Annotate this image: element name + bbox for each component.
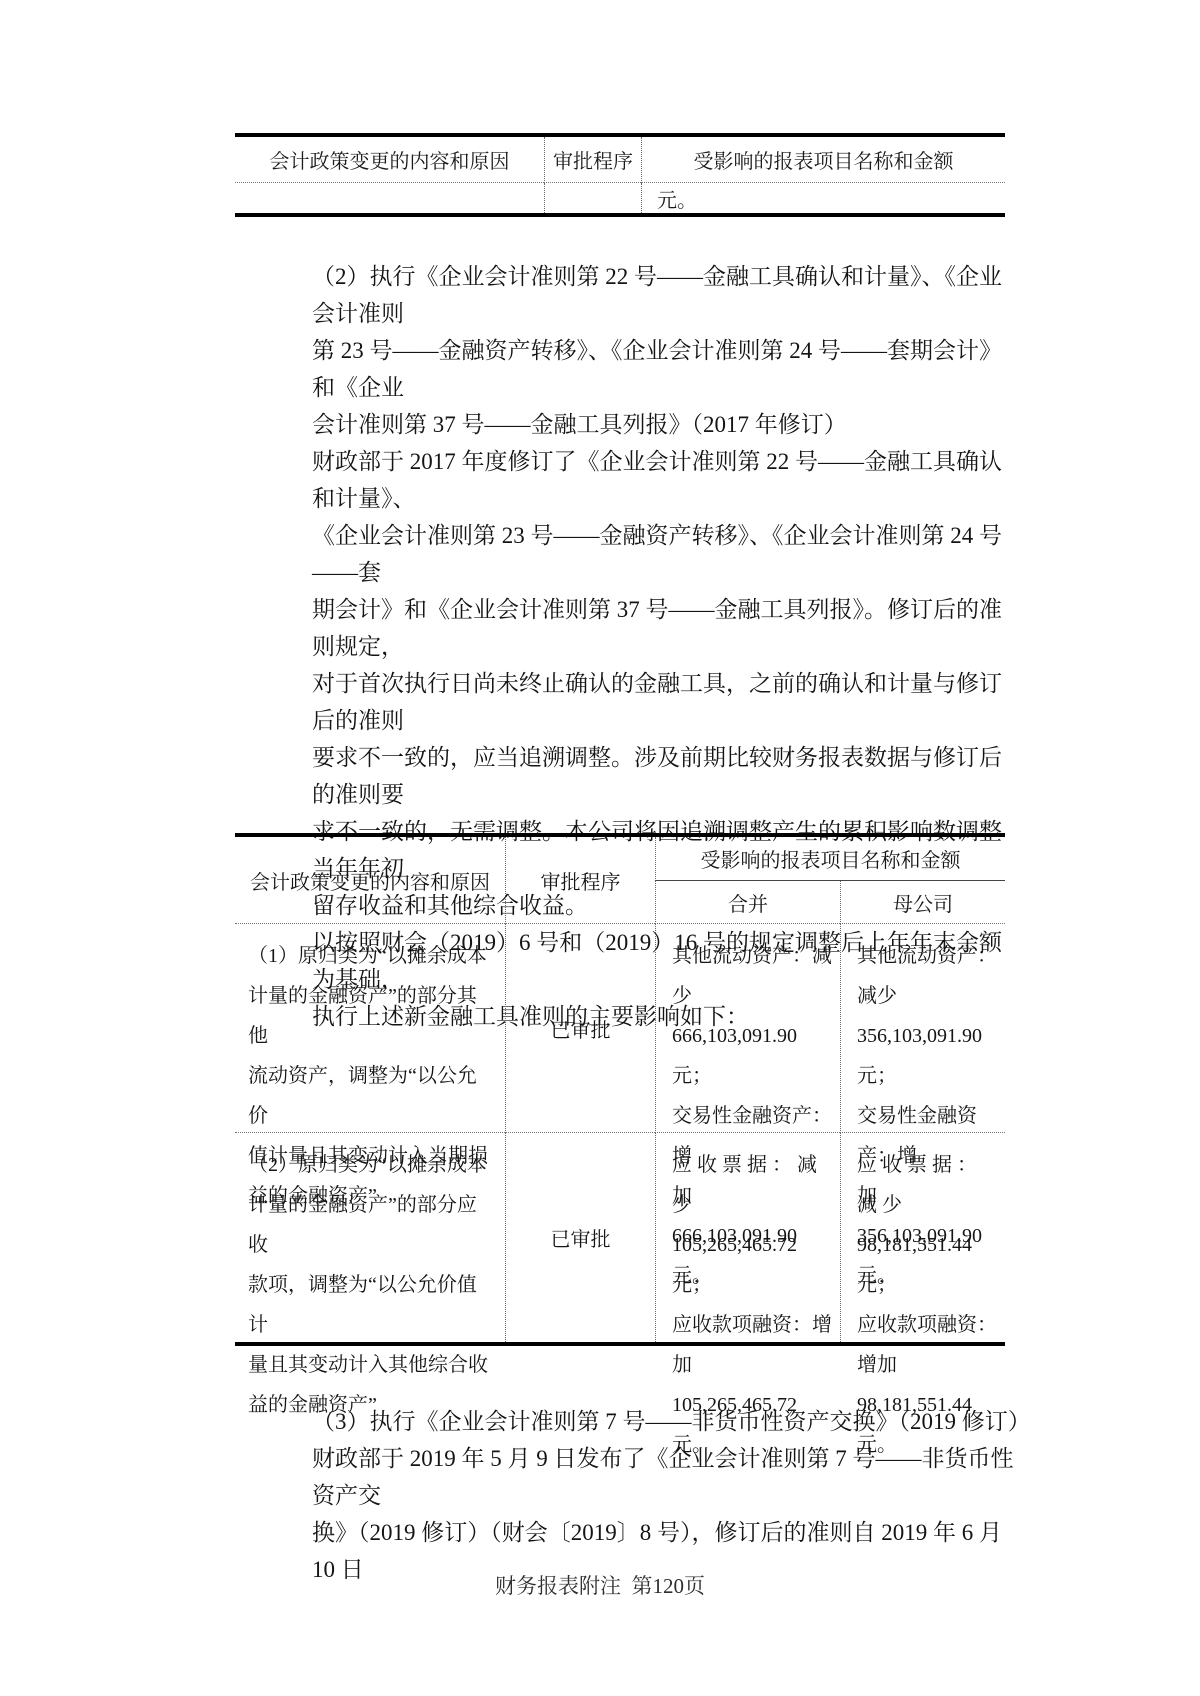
section-3-text-block: （3）执行《企业会计准则第 7 号——非货币性资产交换》（2019 修订） 财政…	[312, 1403, 1024, 1588]
table-cell-empty	[544, 183, 641, 213]
new-financial-instruments-impact-table: 会计政策变更的内容和原因 审批程序 受影响的报表项目名称和金额 合并 母公司 （…	[235, 833, 1005, 1346]
row1-approval-status: 已审批	[505, 924, 655, 1133]
table-cell-affected-continued: 元。	[641, 183, 1005, 213]
row2-consolidated-amounts: 应 收 票 据 ： 减 少 105,265,465.72 元； 应收款项融资：增…	[655, 1133, 840, 1342]
header-consolidated: 合并	[655, 881, 840, 924]
row2-content-reason: （2）原归类为“以摊余成本 计量的金融资产”的部分应收 款项，调整为“以公允价值…	[235, 1133, 505, 1342]
page-footer: 财务报表附注 第120页	[0, 1570, 1200, 1600]
policy-change-table-fragment: 会计政策变更的内容和原因 审批程序 受影响的报表项目名称和金额 元。	[235, 133, 1005, 217]
row2-parent-amounts: 应 收 票 据 ： 减 少 98,181,551.44 元； 应收款项融资：增加…	[840, 1133, 1005, 1342]
row1-content-reason: （1）原归类为“以摊余成本 计量的金融资产”的部分其他 流动资产，调整为“以公允…	[235, 924, 505, 1133]
header-affected-items: 受影响的报表项目名称和金额	[641, 137, 1005, 183]
header-parent-company: 母公司	[840, 881, 1005, 924]
section-2-heading: （2）执行《企业会计准则第 22 号——金融工具确认和计量》、《企业会计准则 第…	[312, 258, 1024, 443]
table-cell-empty	[235, 183, 544, 213]
section-3-body: 财政部于 2019 年 5 月 9 日发布了《企业会计准则第 7 号——非货币性…	[312, 1440, 1024, 1588]
row1-parent-amounts: 其他流动资产：减少 356,103,091.90 元； 交易性金融资产：增 加 …	[840, 924, 1005, 1133]
section-3-heading: （3）执行《企业会计准则第 7 号——非货币性资产交换》（2019 修订）	[312, 1403, 1024, 1440]
row1-consolidated-amounts: 其他流动资产：减少 666,103,091.90 元； 交易性金融资产：增 加 …	[655, 924, 840, 1133]
header-content-reason: 会计政策变更的内容和原因	[235, 837, 505, 924]
header-approval: 审批程序	[544, 137, 641, 183]
row2-approval-status: 已审批	[505, 1133, 655, 1342]
header-approval: 审批程序	[505, 837, 655, 924]
document-page: 会计政策变更的内容和原因 审批程序 受影响的报表项目名称和金额 元。 （2）执行…	[0, 0, 1200, 1696]
header-content-reason: 会计政策变更的内容和原因	[235, 137, 544, 183]
header-affected-items-span: 受影响的报表项目名称和金额	[655, 837, 1005, 881]
